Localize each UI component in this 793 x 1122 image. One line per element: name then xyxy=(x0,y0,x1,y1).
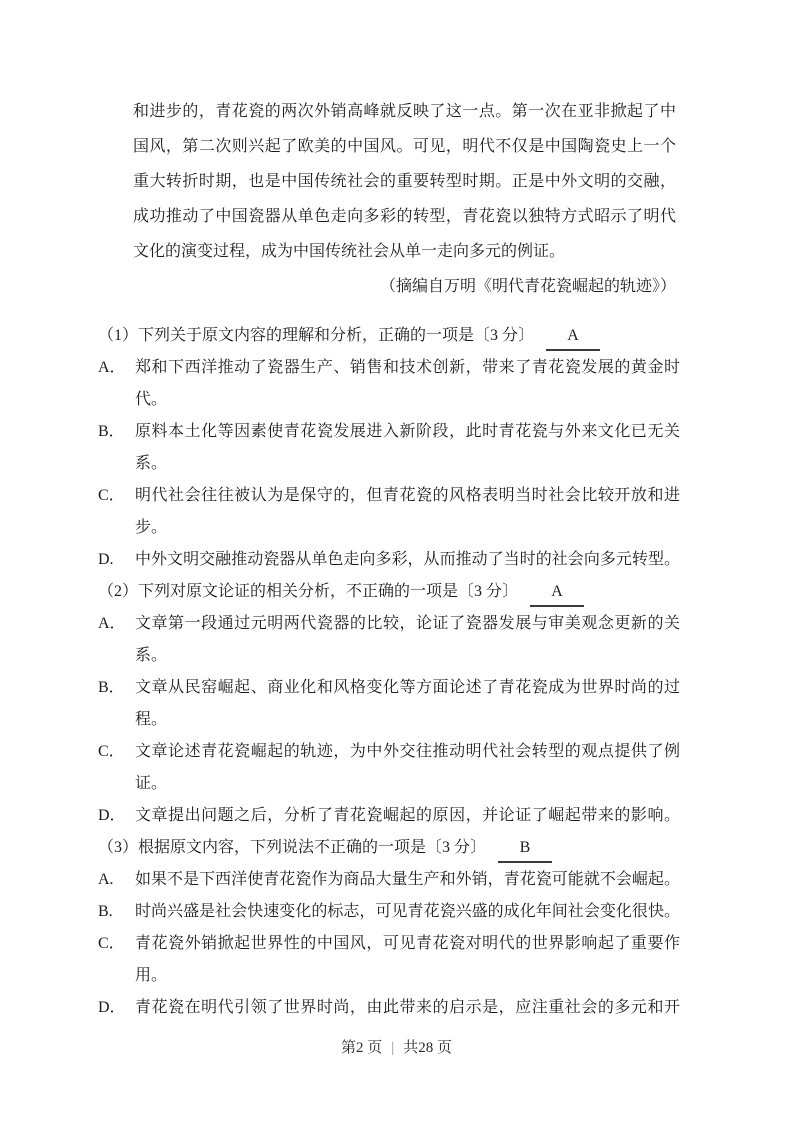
option-label: C． xyxy=(98,928,135,960)
question-3-stem: （3）根据原文内容，下列说法不正确的一项是〔3 分〕B xyxy=(98,832,680,864)
option-label: A. xyxy=(98,864,135,896)
option-label: C． xyxy=(98,480,135,512)
question-1-option-d: D.中外文明交融推动瓷器从单色走向多彩，从而推动了当时的社会向多元转型。 xyxy=(98,544,680,576)
option-text: 文章第一段通过元明两代瓷器的比较，论证了瓷器发展与审美观念更新的关 xyxy=(135,608,680,640)
question-2-option-d: D．文章提出问题之后，分析了青花瓷崛起的原因，并论证了崛起带来的影响。 xyxy=(98,800,680,832)
option-label: D． xyxy=(98,800,135,832)
answer-letter: A xyxy=(567,327,579,344)
paragraph-line: 文化的演变过程，成为中国传统社会从单一走向多元的例证。 xyxy=(133,234,676,269)
option-continuation: 用。 xyxy=(98,960,680,992)
question-1-stem: （1）下列关于原文内容的理解和分析，正确的一项是〔3 分〕A xyxy=(98,320,680,352)
source-attribution: （摘编自万明《明代青花瓷崛起的轨迹》） xyxy=(133,269,676,304)
answer-letter: B xyxy=(520,839,531,856)
questions-section: （1）下列关于原文内容的理解和分析，正确的一项是〔3 分〕A A．郑和下西洋推动… xyxy=(98,320,680,1024)
question-2-option-b: B．文章从民窑崛起、商业化和风格变化等方面论述了青花瓷成为世界时尚的过 xyxy=(98,672,680,704)
question-3-option-d: D．青花瓷在明代引领了世界时尚，由此带来的启示是，应注重社会的多元和开 xyxy=(98,992,680,1024)
option-label: A． xyxy=(98,352,135,384)
option-label: D. xyxy=(98,544,135,576)
option-text: 文章提出问题之后，分析了青花瓷崛起的原因，并论证了崛起带来的影响。 xyxy=(135,800,680,832)
option-continuation: 步。 xyxy=(98,512,680,544)
answer-letter: A xyxy=(551,583,563,600)
question-1-option-b: B．原料本土化等因素使青花瓷发展进入新阶段，此时青花瓷与外来文化已无关 xyxy=(98,416,680,448)
question-stem-text: （2）下列对原文论证的相关分析，不正确的一项是〔3 分〕 xyxy=(98,583,518,600)
paragraph-line: 重大转折时期，也是中国传统社会的重要转型时期。正是中外文明的交融， xyxy=(133,164,676,199)
page-number: 第2 页 xyxy=(341,1040,382,1056)
paragraph-line: 和进步的，青花瓷的两次外销高峰就反映了这一点。第一次在亚非掀起了中 xyxy=(133,94,676,129)
option-continuation: 证。 xyxy=(98,768,680,800)
option-continuation: 代。 xyxy=(98,384,680,416)
document-page: 和进步的，青花瓷的两次外销高峰就反映了这一点。第一次在亚非掀起了中 国风，第二次… xyxy=(0,0,793,1122)
option-text: 青花瓷外销掀起世界性的中国风，可见青花瓷对明代的世界影响起了重要作 xyxy=(135,928,680,960)
question-2-option-a: A．文章第一段通过元明两代瓷器的比较，论证了瓷器发展与审美观念更新的关 xyxy=(98,608,680,640)
question-1-option-c: C．明代社会往往被认为是保守的，但青花瓷的风格表明当时社会比较开放和进 xyxy=(98,480,680,512)
option-continuation: 系。 xyxy=(98,640,680,672)
option-label: D． xyxy=(98,992,135,1024)
option-continuation: 程。 xyxy=(98,704,680,736)
answer-blank: B xyxy=(498,835,552,863)
option-label: A． xyxy=(98,608,135,640)
option-text: 文章论述青花瓷崛起的轨迹，为中外交往推动明代社会转型的观点提供了例 xyxy=(135,736,680,768)
option-text: 青花瓷在明代引领了世界时尚，由此带来的启示是，应注重社会的多元和开 xyxy=(135,992,680,1024)
question-1-option-a: A．郑和下西洋推动了瓷器生产、销售和技术创新，带来了青花瓷发展的黄金时 xyxy=(98,352,680,384)
question-3-option-a: A.如果不是下西洋使青花瓷作为商品大量生产和外销，青花瓷可能就不会崛起。 xyxy=(98,864,680,896)
question-stem-text: （1）下列关于原文内容的理解和分析，正确的一项是〔3 分〕 xyxy=(98,327,534,344)
question-3-option-c: C．青花瓷外销掀起世界性的中国风，可见青花瓷对明代的世界影响起了重要作 xyxy=(98,928,680,960)
option-text: 如果不是下西洋使青花瓷作为商品大量生产和外销，青花瓷可能就不会崛起。 xyxy=(135,864,680,896)
answer-blank: A xyxy=(546,323,600,351)
option-text: 文章从民窑崛起、商业化和风格变化等方面论述了青花瓷成为世界时尚的过 xyxy=(135,672,680,704)
question-2-option-c: C．文章论述青花瓷崛起的轨迹，为中外交往推动明代社会转型的观点提供了例 xyxy=(98,736,680,768)
paragraph-line: 国风，第二次则兴起了欧美的中国风。可见，明代不仅是中国陶瓷史上一个 xyxy=(133,129,676,164)
footer-separator: | xyxy=(391,1040,394,1056)
option-text: 中外文明交融推动瓷器从单色走向多彩，从而推动了当时的社会向多元转型。 xyxy=(135,544,680,576)
article-paragraph: 和进步的，青花瓷的两次外销高峰就反映了这一点。第一次在亚非掀起了中 国风，第二次… xyxy=(133,0,676,269)
question-3-option-b: B.时尚兴盛是社会快速变化的标志，可见青花瓷兴盛的成化年间社会变化很快。 xyxy=(98,896,680,928)
option-label: B． xyxy=(98,672,135,704)
question-stem-text: （3）根据原文内容，下列说法不正确的一项是〔3 分〕 xyxy=(98,839,486,856)
option-text: 时尚兴盛是社会快速变化的标志，可见青花瓷兴盛的成化年间社会变化很快。 xyxy=(135,896,680,928)
question-2-stem: （2）下列对原文论证的相关分析，不正确的一项是〔3 分〕A xyxy=(98,576,680,608)
option-text: 郑和下西洋推动了瓷器生产、销售和技术创新，带来了青花瓷发展的黄金时 xyxy=(135,352,680,384)
page-total: 共28 页 xyxy=(403,1040,452,1056)
option-label: B． xyxy=(98,416,135,448)
option-continuation: 系。 xyxy=(98,448,680,480)
page-footer: 第2 页|共28 页 xyxy=(0,1036,793,1057)
option-label: C． xyxy=(98,736,135,768)
answer-blank: A xyxy=(530,579,584,607)
option-label: B. xyxy=(98,896,135,928)
paragraph-line: 成功推动了中国瓷器从单色走向多彩的转型，青花瓷以独特方式昭示了明代 xyxy=(133,199,676,234)
option-text: 原料本土化等因素使青花瓷发展进入新阶段，此时青花瓷与外来文化已无关 xyxy=(135,416,680,448)
option-text: 明代社会往往被认为是保守的，但青花瓷的风格表明当时社会比较开放和进 xyxy=(135,480,680,512)
